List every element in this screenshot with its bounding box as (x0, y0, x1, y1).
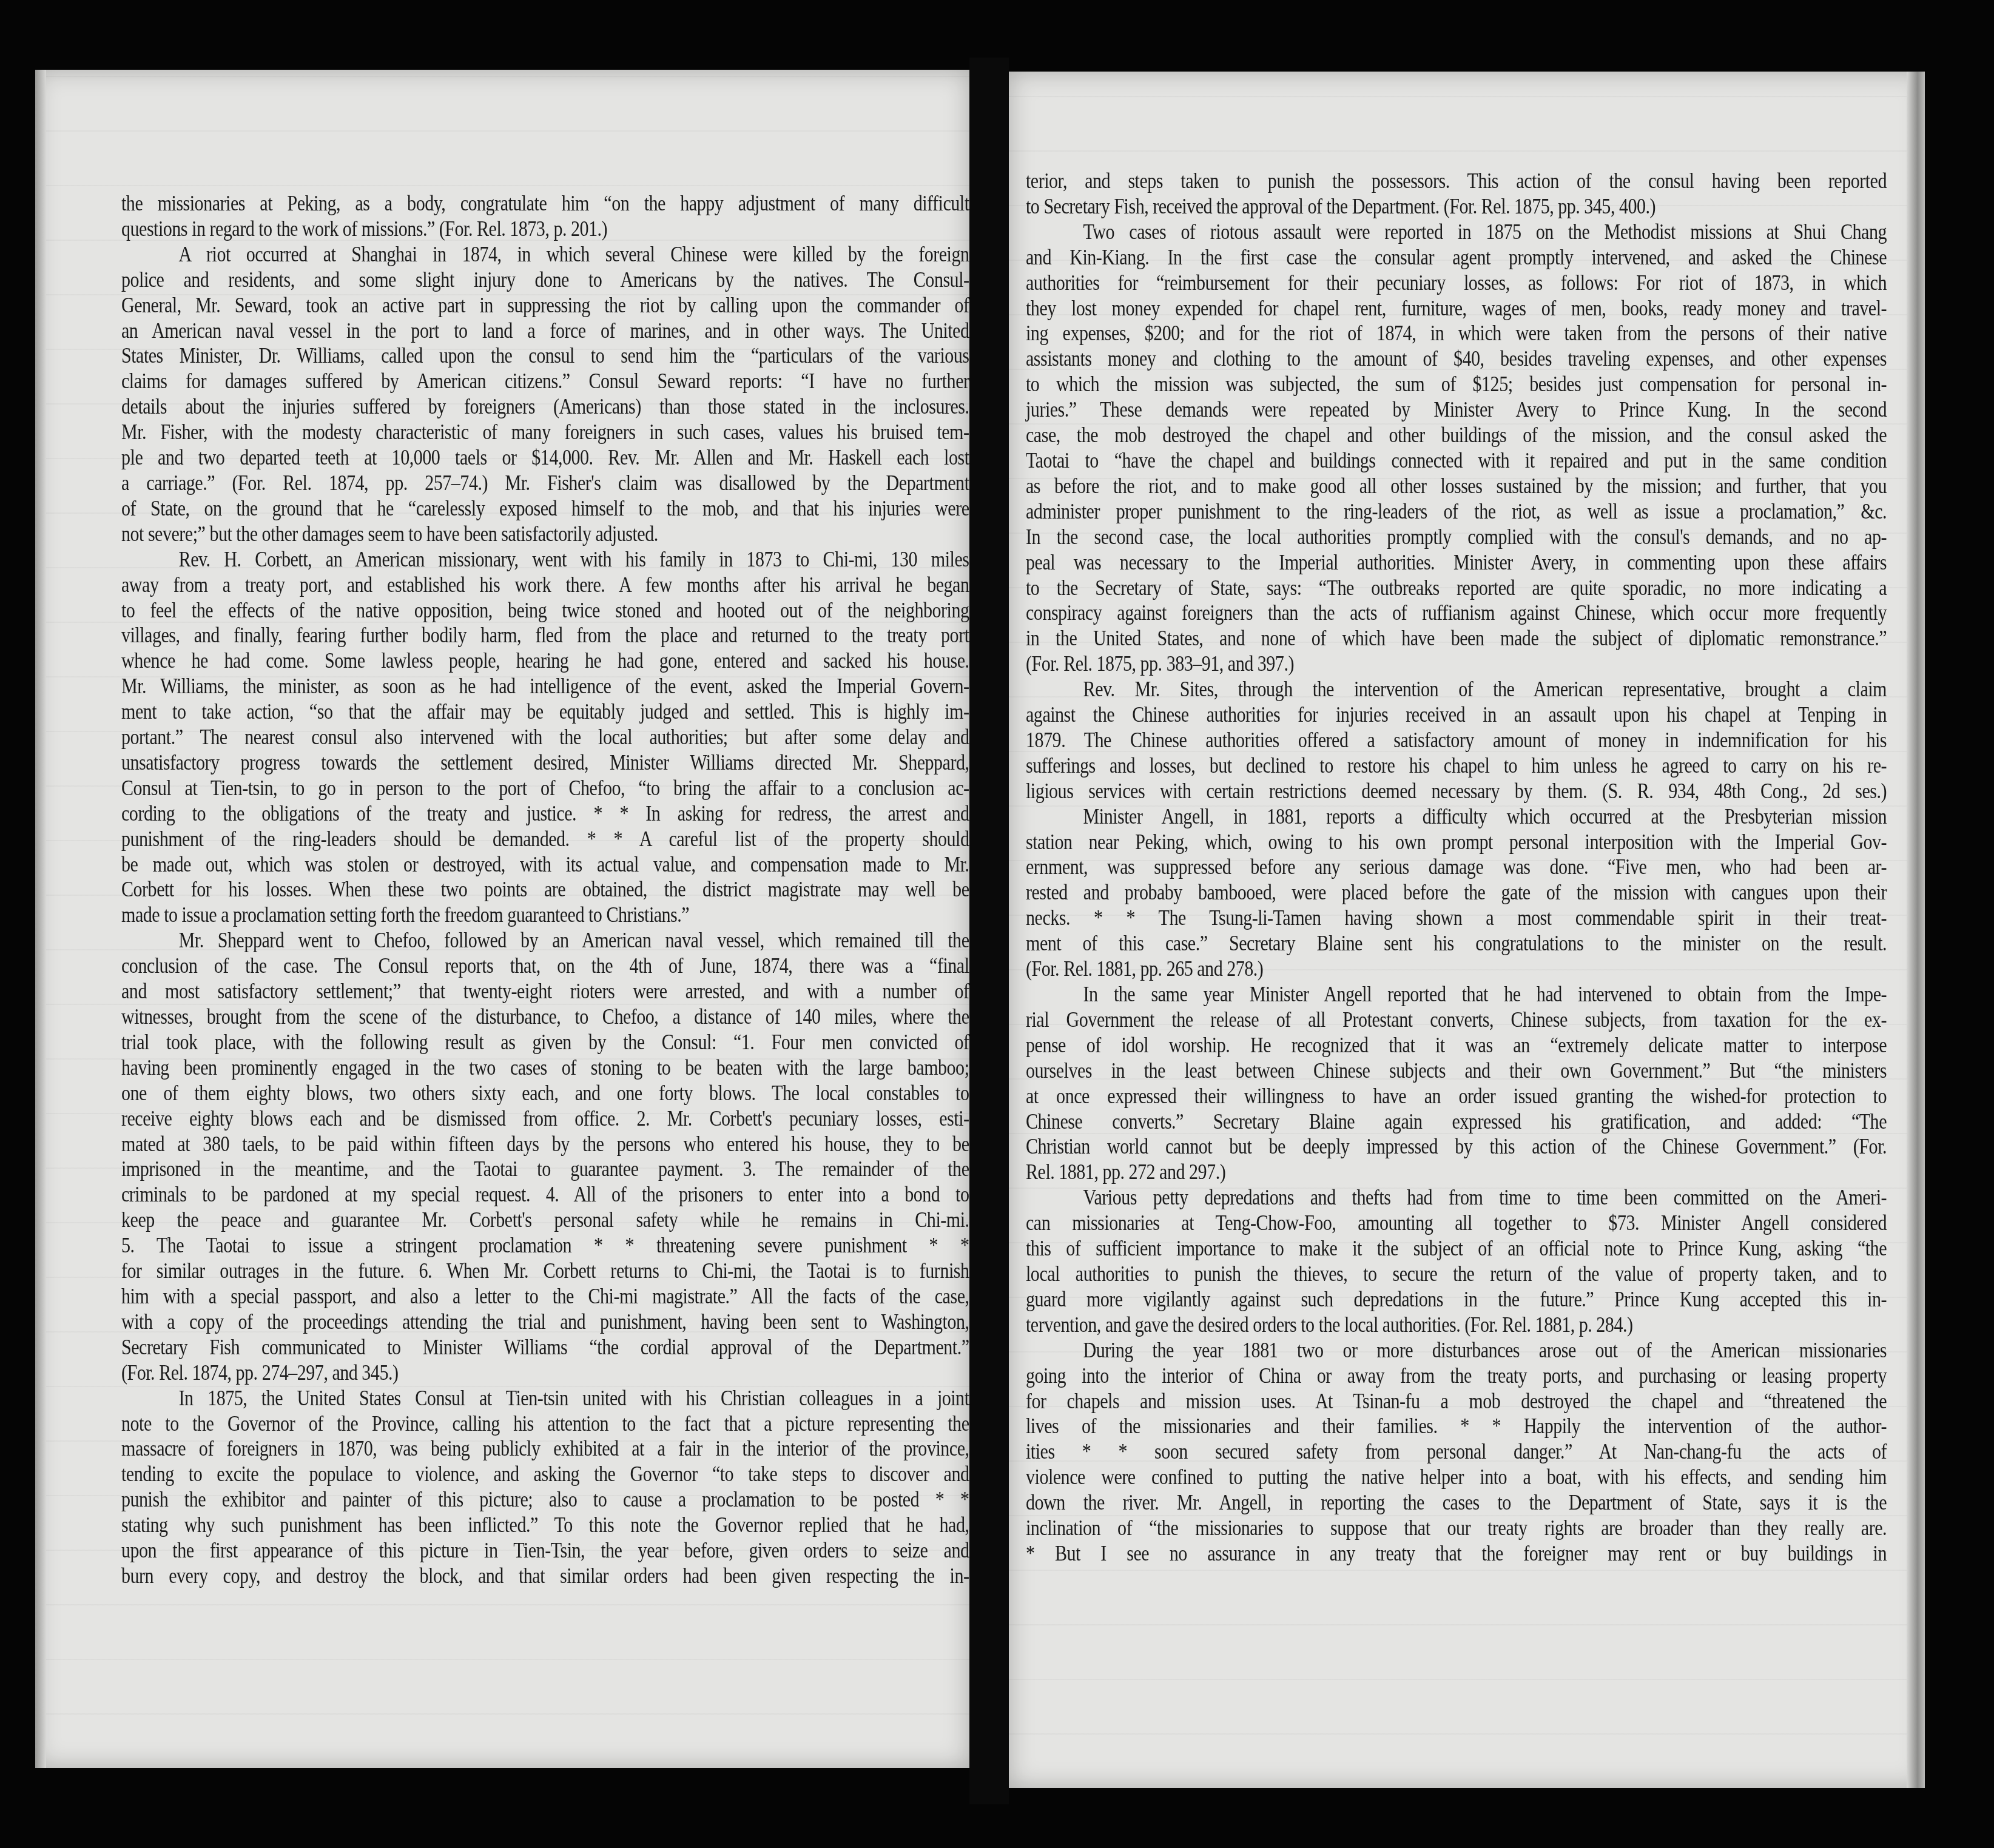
text-line: cording to the obligations of the treaty… (121, 801, 969, 827)
text-line: portant.” The nearest consul also interv… (121, 725, 969, 750)
text-line: administer proper punishment to the ring… (1026, 499, 1887, 525)
text-line: witnesses, brought from the scene of the… (121, 1004, 969, 1030)
text-line: juries.” These demands were repeated by … (1026, 397, 1887, 423)
text-line: and Kin-Kiang. In the first case the con… (1026, 245, 1887, 270)
text-line: him with a special passport, and also a … (121, 1284, 969, 1309)
text-line: guard more vigilantly against such depre… (1026, 1287, 1887, 1312)
text-line: ourselves in the least between Chinese s… (1026, 1058, 1887, 1084)
text-line: During the year 1881 two or more disturb… (1026, 1338, 1887, 1363)
text-line: this of sufficient importance to make it… (1026, 1236, 1887, 1262)
text-line: pense of idol worship. He recognized tha… (1026, 1033, 1887, 1058)
text-line: claims for damages suffered by American … (121, 369, 969, 394)
text-line: Two cases of riotous assault were report… (1026, 220, 1887, 245)
text-line: Christian world cannot but be deeply imp… (1026, 1134, 1887, 1160)
text-line: Mr. Williams, the minister, as soon as h… (121, 674, 969, 699)
text-line: ple and two departed teeth at 10,000 tae… (121, 445, 969, 471)
text-line: upon the first appearance of this pictur… (121, 1538, 969, 1564)
text-line: stating why such punishment has been inf… (121, 1513, 969, 1538)
text-line: against the Chinese authorities for inju… (1026, 702, 1887, 728)
text-line: with a copy of the proceedings attending… (121, 1309, 969, 1335)
text-line: not severe;” but the other damages seem … (121, 522, 969, 547)
text-line: Consul at Tien-tsin, to go in person to … (121, 776, 969, 801)
text-line: a carriage.” (For. Rel. 1874, pp. 257–74… (121, 471, 969, 496)
text-line: necks. * * The Tsung-li-Tamen having sho… (1026, 906, 1887, 931)
text-line: receive eighty blows each and be dismiss… (121, 1106, 969, 1132)
text-line: In the same year Minister Angell reporte… (1026, 982, 1887, 1007)
text-line: A riot occurred at Shanghai in 1874, in … (121, 242, 969, 267)
text-line: peal was necessary to the Imperial autho… (1026, 550, 1887, 576)
text-line: Various petty depredations and thefts ha… (1026, 1185, 1887, 1211)
text-line: tervention, and gave the desired orders … (1026, 1312, 1887, 1338)
text-line: lives of the missionaries and their fami… (1026, 1414, 1887, 1439)
right-page-text: terior, and steps taken to punish the po… (1026, 169, 1887, 1567)
text-line: punish the exhibitor and painter of this… (121, 1487, 969, 1513)
text-line: to Secretary Fish, received the approval… (1026, 194, 1887, 220)
text-line: Rel. 1881, pp. 272 and 297.) (1026, 1160, 1887, 1185)
text-line: imprisoned in the meantime, and the Taot… (121, 1157, 969, 1182)
text-line: rial Government the release of all Prote… (1026, 1007, 1887, 1033)
text-line: States Minister, Dr. Williams, called up… (121, 343, 969, 369)
text-line: General, Mr. Seward, took an active part… (121, 293, 969, 318)
text-line: to which the mission was subjected, the … (1026, 372, 1887, 397)
text-line: in the United States, and none of which … (1026, 626, 1887, 651)
book-gutter (969, 58, 1009, 1804)
text-line: ment to take action, “so that the affair… (121, 699, 969, 725)
text-line: made to issue a proclamation setting for… (121, 902, 969, 928)
text-line: Rev. Mr. Sites, through the intervention… (1026, 677, 1887, 702)
left-page: the missionaries at Peking, as a body, c… (35, 70, 969, 1768)
text-line: unsatisfactory progress towards the sett… (121, 750, 969, 776)
text-line: station near Peking, which, owing to his… (1026, 830, 1887, 855)
text-line: Mr. Fisher, with the modesty characteris… (121, 420, 969, 445)
text-line: down the river. Mr. Angell, in reporting… (1026, 1490, 1887, 1516)
text-line: keep the peace and guarantee Mr. Corbett… (121, 1208, 969, 1233)
text-line: ernment, was suppressed before any serio… (1026, 855, 1887, 880)
text-line: ligious services with certain restrictio… (1026, 779, 1887, 804)
text-line: of State, on the ground that he “careles… (121, 496, 969, 522)
text-line: Taotai to “have the chapel and buildings… (1026, 448, 1887, 474)
text-line: (For. Rel. 1875, pp. 383–91, and 397.) (1026, 651, 1887, 677)
text-line: they lost money expended for chapel rent… (1026, 296, 1887, 321)
text-line: * But I see no assurance in any treaty t… (1026, 1541, 1887, 1567)
text-line: Mr. Sheppard went to Chefoo, followed by… (121, 928, 969, 953)
text-line: 5. The Taotai to issue a stringent procl… (121, 1233, 969, 1258)
text-line: for similar outrages in the future. 6. W… (121, 1258, 969, 1284)
text-line: case, the mob destroyed the chapel and o… (1026, 423, 1887, 448)
text-line: violence were confined to putting the na… (1026, 1465, 1887, 1490)
left-page-text: the missionaries at Peking, as a body, c… (121, 191, 969, 1589)
text-line: note to the Governor of the Province, ca… (121, 1411, 969, 1437)
text-line: questions in regard to the work of missi… (121, 217, 969, 242)
text-line: Corbett for his losses. When these two p… (121, 877, 969, 902)
text-line: going into the interior of China or away… (1026, 1363, 1887, 1389)
text-line: details about the injuries suffered by f… (121, 394, 969, 420)
text-line: ing expenses, $200; and for the riot of … (1026, 321, 1887, 346)
text-line: Rev. H. Corbett, an American missionary,… (121, 547, 969, 573)
text-line: villages, and finally, fearing further b… (121, 623, 969, 648)
page-edge (35, 70, 46, 1768)
text-line: criminals to be pardoned at my special r… (121, 1182, 969, 1208)
text-line: In the second case, the local authoritie… (1026, 525, 1887, 550)
text-line: and most satisfactory settlement;” that … (121, 979, 969, 1004)
text-line: (For. Rel. 1874, pp. 274–297, and 345.) (121, 1360, 969, 1386)
text-line: burn every copy, and destroy the block, … (121, 1564, 969, 1589)
text-line: as before the riot, and to make good all… (1026, 474, 1887, 499)
text-line: In 1875, the United States Consul at Tie… (121, 1386, 969, 1411)
text-line: assistants money and clothing to the amo… (1026, 346, 1887, 372)
text-line: at once expressed their willingness to h… (1026, 1084, 1887, 1109)
text-line: whence he had come. Some lawless people,… (121, 648, 969, 674)
text-line: sufferings and losses, but declined to r… (1026, 753, 1887, 779)
right-page: terior, and steps taken to punish the po… (1009, 72, 1925, 1788)
text-line: punishment of the ring-leaders should be… (121, 827, 969, 852)
text-line: ment of this case.” Secretary Blaine sen… (1026, 931, 1887, 956)
text-line: (For. Rel. 1881, pp. 265 and 278.) (1026, 956, 1887, 982)
text-line: away from a treaty port, and established… (121, 573, 969, 598)
text-line: inclination of “the missionaries to supp… (1026, 1516, 1887, 1541)
text-line: trial took place, with the following res… (121, 1030, 969, 1055)
text-line: the missionaries at Peking, as a body, c… (121, 191, 969, 217)
text-line: terior, and steps taken to punish the po… (1026, 169, 1887, 194)
text-line: ities * * soon secured safety from perso… (1026, 1439, 1887, 1465)
text-line: an American naval vessel in the port to … (121, 318, 969, 344)
text-line: police and residents, and some slight in… (121, 267, 969, 293)
text-line: can missionaries at Teng-Chow-Foo, amoun… (1026, 1211, 1887, 1236)
text-line: rested and probaby bambooed, were placed… (1026, 880, 1887, 906)
text-line: to feel the effects of the native opposi… (121, 598, 969, 623)
text-line: tending to excite the populace to violen… (121, 1462, 969, 1487)
text-line: 1879. The Chinese authorities offered a … (1026, 728, 1887, 753)
text-line: to the Secretary of State, says: “The ou… (1026, 576, 1887, 601)
text-line: conclusion of the case. The Consul repor… (121, 953, 969, 979)
page-edge (1907, 72, 1925, 1788)
text-line: conspiracy against foreigners than the a… (1026, 600, 1887, 626)
text-line: for chapels and mission uses. At Tsinan-… (1026, 1389, 1887, 1414)
text-line: Chinese converts.” Secretary Blaine agai… (1026, 1109, 1887, 1135)
text-line: Minister Angell, in 1881, reports a diff… (1026, 804, 1887, 830)
text-line: local authorities to punish the thieves,… (1026, 1262, 1887, 1287)
text-line: authorities for “reimbursement for their… (1026, 270, 1887, 296)
text-line: Secretary Fish communicated to Minister … (121, 1335, 969, 1360)
text-line: be made out, which was stolen or destroy… (121, 852, 969, 878)
text-line: mated at 380 taels, to be paid within fi… (121, 1132, 969, 1157)
text-line: one of them eighty blows, two others six… (121, 1081, 969, 1106)
text-line: having been prominently engaged in the t… (121, 1055, 969, 1081)
text-line: massacre of foreigners in 1870, was bein… (121, 1436, 969, 1462)
